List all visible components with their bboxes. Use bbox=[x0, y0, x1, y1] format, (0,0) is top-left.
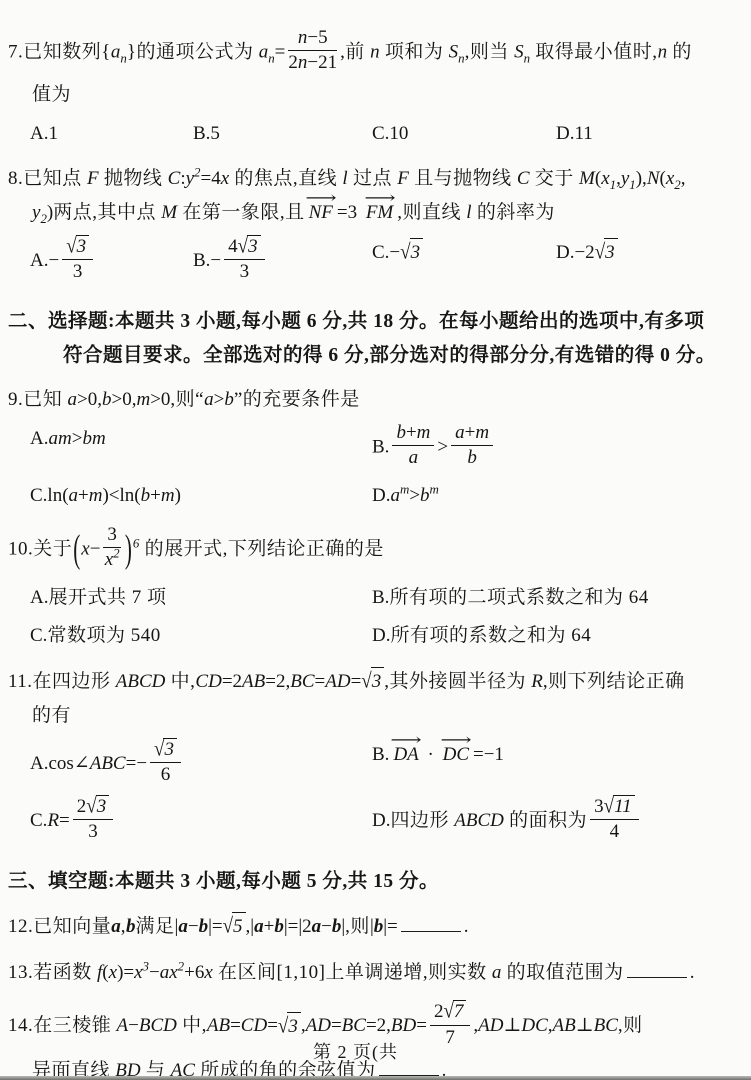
math-variable: CD bbox=[241, 1016, 267, 1037]
math-run: > bbox=[437, 437, 448, 458]
text-line: 二、选择题:本题共 3 小题,每小题 6 分,共 18 分。在每小题给出的选项中… bbox=[8, 304, 725, 338]
radicand: 3 bbox=[76, 235, 90, 257]
text-run: 9.已知 bbox=[8, 389, 68, 410]
options-row: A.am>bmB.b+ma>a+mb bbox=[30, 422, 725, 475]
option-cell: A.展开式共 7 项 bbox=[30, 581, 372, 616]
fraction-denominator: b bbox=[451, 446, 493, 468]
math-run: )= bbox=[117, 962, 134, 983]
math-variable: n bbox=[370, 41, 380, 62]
radicand: 11 bbox=[613, 795, 635, 817]
big-paren: ( bbox=[73, 521, 80, 579]
math-variable: R bbox=[531, 671, 543, 692]
math-run: C. bbox=[30, 810, 47, 831]
radicand: 3 bbox=[247, 235, 261, 257]
math-run: − bbox=[90, 538, 101, 559]
math-variable: F bbox=[87, 168, 99, 189]
text-run: 二、选择题:本题共 3 小题,每小题 6 分,共 18 分。在每小题给出的选项中… bbox=[8, 311, 704, 332]
sqrt-radical: √3 bbox=[154, 738, 177, 760]
text-run: 7.已知数列{ bbox=[8, 41, 111, 62]
math-variable: x bbox=[109, 962, 117, 983]
fraction-numerator: 2√3 bbox=[73, 795, 113, 820]
math-variable: AB bbox=[242, 671, 265, 692]
math-run: =−1 bbox=[473, 744, 504, 765]
options-row: C.R=2√33D.四边形 ABCD 的面积为3√114 bbox=[30, 795, 725, 849]
math-run: = bbox=[315, 671, 326, 692]
math-variable: C bbox=[517, 168, 530, 189]
fraction-denominator: 3 bbox=[224, 260, 264, 282]
math-run: +6 bbox=[184, 962, 204, 983]
fraction-denominator: 6 bbox=[150, 763, 181, 785]
fraction-denominator: 3 bbox=[73, 820, 113, 842]
math-run: 3 bbox=[107, 524, 117, 545]
math-run: + bbox=[264, 916, 275, 937]
math-run: 3 bbox=[73, 261, 83, 282]
page-footer: 第 2 页(共 bbox=[0, 1038, 711, 1064]
radicand: 3 bbox=[163, 738, 177, 760]
math-variable: m bbox=[475, 422, 489, 443]
text-run: 中, bbox=[165, 671, 195, 692]
option-cell: B.b+ma>a+mb bbox=[372, 422, 725, 475]
math-variable: a bbox=[409, 447, 419, 468]
vector-overline: ⟶FM bbox=[365, 199, 394, 228]
vector-overline: ⟶NF bbox=[308, 199, 334, 228]
math-run: >0 bbox=[150, 389, 170, 410]
vector-overline: ⟶DA bbox=[392, 741, 419, 770]
radical-sign-icon: √ bbox=[238, 234, 248, 258]
math-variable: N bbox=[647, 168, 660, 189]
radicand: 7 bbox=[453, 1000, 467, 1022]
math-variable: A bbox=[117, 1016, 129, 1037]
sqrt-radical: √3 bbox=[400, 238, 423, 268]
math-run: ⊥ bbox=[576, 1016, 594, 1037]
options-row: A.cos∠ABC=−√36B.⟶DA · ⟶DC=−1 bbox=[30, 738, 725, 792]
math-run: A.cos∠ bbox=[30, 753, 90, 774]
fill-blank bbox=[627, 958, 687, 978]
text-run: ,则“ bbox=[170, 389, 204, 410]
math-variable: F bbox=[397, 168, 409, 189]
math-run: =2, bbox=[265, 671, 290, 692]
fraction-numerator: n−5 bbox=[288, 27, 337, 51]
sqrt-radical: √3 bbox=[361, 667, 384, 697]
math-variable: AD bbox=[325, 671, 350, 692]
question-7-options: A.1B.5C.10D.11 bbox=[30, 117, 725, 152]
math-run: 4 bbox=[228, 236, 238, 257]
math-run: =4 bbox=[201, 168, 221, 189]
question-12-stem: 12.已知向量a,b满足|a−b|=√5,|a+b|=|2a−b|,则|b|=. bbox=[8, 910, 725, 945]
math-variable: x bbox=[601, 168, 609, 189]
option-cell: C.ln(a+m)<ln(b+m) bbox=[30, 479, 372, 514]
option-cell: B.⟶DA · ⟶DC=−1 bbox=[372, 738, 725, 792]
sqrt-radical: √3 bbox=[278, 1012, 301, 1042]
text-run: ,则当 bbox=[465, 41, 515, 62]
radicand: 3 bbox=[410, 238, 424, 268]
math-variable: ABC bbox=[90, 753, 126, 774]
radical-sign-icon: √ bbox=[223, 912, 233, 944]
text-line: 10.关于(x−3x2)6 的展开式,下列结论正确的是 bbox=[8, 524, 725, 576]
math-variable: AB bbox=[553, 1016, 576, 1037]
radical-sign-icon: √ bbox=[86, 795, 96, 819]
fraction-numerator: √3 bbox=[62, 235, 93, 260]
math-variable: n bbox=[298, 27, 308, 48]
superscript: m bbox=[400, 481, 409, 496]
math-run: =3 bbox=[337, 202, 362, 223]
text-run: ,则 bbox=[618, 1016, 643, 1037]
math-run: −21 bbox=[307, 52, 337, 73]
radical-sign-icon: √ bbox=[443, 1000, 453, 1024]
text-run: ,则下列结论正确 bbox=[543, 671, 685, 692]
text-line: 13.若函数 f(x)=x3−ax2+6x 在区间[1,10]上单调递增,则实数… bbox=[8, 955, 725, 990]
math-run: B. bbox=[372, 587, 389, 608]
text-run: 交于 bbox=[530, 168, 580, 189]
math-run: 2 bbox=[77, 796, 87, 817]
math-fraction: √36 bbox=[150, 738, 181, 786]
vector-symbol: b bbox=[126, 916, 136, 937]
question-8-stem: 8.已知点 F 抛物线 C:y2=4x 的焦点,直线 l 过点 F 且与抛物线 … bbox=[8, 163, 725, 230]
question-11-stem: 11.在四边形 ABCD 中,CD=2AB=2,BC=AD=√3,其外接圆半径为… bbox=[8, 665, 725, 733]
fraction-denominator: a bbox=[392, 446, 434, 468]
text-run: 展开式共 7 项 bbox=[48, 587, 166, 608]
math-run: 3 bbox=[240, 261, 250, 282]
text-line: 的有 bbox=[32, 699, 725, 733]
options-row: A.1B.5C.10D.11 bbox=[30, 117, 725, 152]
math-run: 4 bbox=[610, 821, 620, 842]
math-run: ⊥ bbox=[503, 1016, 521, 1037]
fraction-denominator: 2n−21 bbox=[288, 51, 337, 73]
math-variable: bm bbox=[82, 428, 105, 449]
question-13-stem: 13.若函数 f(x)=x3−ax2+6x 在区间[1,10]上单调递增,则实数… bbox=[8, 955, 725, 990]
text-run: 的焦点,直线 bbox=[229, 168, 342, 189]
math-run: |=|2 bbox=[284, 916, 312, 937]
math-variable: DC bbox=[521, 1016, 547, 1037]
sqrt-radical: √11 bbox=[604, 795, 635, 817]
math-fraction: a+mb bbox=[451, 422, 493, 469]
sqrt-radical: √3 bbox=[86, 795, 109, 817]
math-run: = bbox=[267, 1016, 278, 1037]
superscript: 2 bbox=[113, 546, 119, 561]
math-run: >0, bbox=[77, 389, 102, 410]
text-line: y2)两点,其中点 M 在第一象限,且⟶NF=3 ⟶FM,则直线 l 的斜率为 bbox=[32, 196, 725, 230]
math-variable: a bbox=[390, 485, 400, 506]
fraction-numerator: 3 bbox=[103, 524, 121, 548]
math-run: − bbox=[188, 916, 199, 937]
math-run: = bbox=[351, 671, 362, 692]
radicand: 3 bbox=[287, 1012, 301, 1042]
math-variable: b bbox=[467, 447, 477, 468]
math-variable: BC bbox=[342, 1016, 366, 1037]
math-run: · bbox=[423, 744, 439, 765]
superscript: m bbox=[430, 481, 439, 496]
vector-symbol: a bbox=[312, 916, 322, 937]
sqrt-radical: √3 bbox=[66, 235, 89, 257]
text-line: 符合题目要求。全部选对的得 6 分,部分选对的得部分分,有选错的得 0 分。 bbox=[63, 338, 725, 372]
math-run: |= bbox=[383, 916, 398, 937]
text-run: 在区间[1,10]上单调递增,则实数 bbox=[213, 962, 492, 983]
radical-sign-icon: √ bbox=[66, 234, 76, 258]
math-fraction: 3√114 bbox=[590, 795, 639, 843]
text-run: 所有项的二项式系数之和为 64 bbox=[389, 587, 648, 608]
math-variable: BC bbox=[290, 671, 314, 692]
math-variable: m bbox=[136, 389, 150, 410]
text-run: 的斜率为 bbox=[472, 202, 555, 223]
math-run: ) bbox=[175, 485, 181, 506]
math-variable: AB bbox=[207, 1016, 230, 1037]
text-run: 两点,其中点 bbox=[53, 202, 161, 223]
math-run: C. bbox=[30, 625, 47, 646]
radical-sign-icon: √ bbox=[400, 237, 410, 269]
text-line: 7.已知数列{an}的通项公式为 an=n−52n−21,前 n 项和为 Sn,… bbox=[8, 27, 725, 79]
text-run: 且与抛物线 bbox=[409, 168, 517, 189]
math-variable: m bbox=[161, 485, 175, 506]
option-cell: B.所有项的二项式系数之和为 64 bbox=[372, 581, 725, 616]
text-run: ,则直线 bbox=[397, 202, 466, 223]
sqrt-radical: √5 bbox=[223, 912, 246, 942]
math-variable: S bbox=[514, 41, 524, 62]
exam-content: 7.已知数列{an}的通项公式为 an=n−52n−21,前 n 项和为 Sn,… bbox=[8, 27, 725, 1080]
question-10-options: A.展开式共 7 项B.所有项的二项式系数之和为 64C.常数项为 540D.所… bbox=[30, 581, 725, 654]
math-fraction: 3x2 bbox=[103, 524, 121, 571]
math-variable: am bbox=[48, 428, 71, 449]
math-variable: a bbox=[111, 41, 121, 62]
question-9-options: A.am>bmB.b+ma>a+mbC.ln(a+m)<ln(b+m)D.am>… bbox=[30, 422, 725, 513]
option-cell: C.常数项为 540 bbox=[30, 619, 372, 654]
question-11-options: A.cos∠ABC=−√36B.⟶DA · ⟶DC=−1C.R=2√33D.四边… bbox=[30, 738, 725, 849]
text-line: 三、填空题:本题共 3 小题,每小题 5 分,共 15 分。 bbox=[8, 865, 725, 899]
radicand: 3 bbox=[371, 667, 385, 697]
math-variable: b bbox=[141, 485, 151, 506]
math-run: C.ln( bbox=[30, 485, 69, 506]
math-run: − bbox=[149, 962, 160, 983]
math-fraction: √33 bbox=[62, 235, 93, 283]
vector-symbol: b bbox=[199, 916, 209, 937]
text-run: ,前 bbox=[340, 41, 370, 62]
text-run: 的取值范围为 bbox=[501, 962, 623, 983]
text-run: 中, bbox=[177, 1016, 207, 1037]
radical-sign-icon: √ bbox=[604, 795, 614, 819]
math-run: D. bbox=[372, 485, 390, 506]
math-run: D.−2 bbox=[556, 242, 595, 263]
math-variable: ABCD bbox=[454, 810, 504, 831]
math-variable: b bbox=[396, 422, 406, 443]
text-run: 过点 bbox=[348, 168, 398, 189]
math-run: = bbox=[59, 810, 70, 831]
math-run: ), bbox=[636, 168, 647, 189]
fraction-numerator: 3√11 bbox=[590, 795, 639, 820]
math-run: = bbox=[230, 1016, 241, 1037]
math-run: B. bbox=[372, 437, 389, 458]
math-run: 3 bbox=[594, 796, 604, 817]
math-run: > bbox=[214, 389, 225, 410]
math-variable: m bbox=[89, 485, 103, 506]
math-variable: R bbox=[47, 810, 59, 831]
math-variable: a bbox=[68, 389, 78, 410]
vector-arrow-icon: ⟶ bbox=[305, 187, 336, 211]
text-run: 所有项的系数之和为 64 bbox=[390, 625, 591, 646]
fraction-numerator: 2√7 bbox=[430, 1000, 470, 1025]
math-variable: ax bbox=[160, 962, 178, 983]
text-line: 12.已知向量a,b满足|a−b|=√5,|a+b|=|2a−b|,则|b|=. bbox=[8, 910, 725, 945]
section-3-header: 三、填空题:本题共 3 小题,每小题 5 分,共 15 分。 bbox=[8, 865, 725, 899]
math-variable: M bbox=[579, 168, 595, 189]
option-cell: D.−2√3 bbox=[556, 235, 725, 289]
math-run: = bbox=[331, 1016, 342, 1037]
math-variable: x bbox=[204, 962, 212, 983]
math-run: )<ln( bbox=[102, 485, 140, 506]
fraction-numerator: √3 bbox=[150, 738, 181, 763]
math-variable: AD bbox=[478, 1016, 503, 1037]
option-cell: A.−√33 bbox=[30, 235, 193, 289]
math-variable: x bbox=[221, 168, 229, 189]
math-variable: x bbox=[666, 168, 674, 189]
math-variable: M bbox=[161, 202, 177, 223]
math-run: C.− bbox=[372, 242, 400, 263]
math-run: D.11 bbox=[556, 123, 593, 144]
math-run: A. bbox=[30, 428, 48, 449]
math-run: |= bbox=[208, 916, 223, 937]
math-run: A.1 bbox=[30, 123, 58, 144]
math-variable: a bbox=[204, 389, 214, 410]
option-cell: D.所有项的系数之和为 64 bbox=[372, 619, 725, 654]
question-8-options: A.−√33B.−4√33C.−√3D.−2√3 bbox=[30, 235, 725, 289]
math-variable: a bbox=[259, 41, 269, 62]
math-run: D. bbox=[372, 810, 390, 831]
vector-symbol: a bbox=[254, 916, 264, 937]
math-variable: BCD bbox=[139, 1016, 177, 1037]
vector-symbol: a bbox=[178, 916, 188, 937]
math-run: =2 bbox=[222, 671, 242, 692]
math-run: >0, bbox=[111, 389, 136, 410]
text-run: 符合题目要求。全部选对的得 6 分,部分选对的得部分分,有选错的得 0 分。 bbox=[63, 345, 716, 366]
radical-sign-icon: √ bbox=[595, 237, 605, 269]
math-variable: a bbox=[492, 962, 502, 983]
vector-symbol: b bbox=[374, 916, 384, 937]
text-run: 12.已知向量 bbox=[8, 916, 111, 937]
radicand: 3 bbox=[604, 238, 618, 268]
math-run: + bbox=[406, 422, 417, 443]
question-10-stem: 10.关于(x−3x2)6 的展开式,下列结论正确的是 bbox=[8, 524, 725, 576]
text-run: 四边形 bbox=[390, 810, 454, 831]
math-run: . bbox=[690, 962, 695, 983]
math-run: + bbox=[465, 422, 476, 443]
option-cell: B.5 bbox=[193, 117, 372, 152]
math-variable: b bbox=[420, 485, 430, 506]
option-cell: A.cos∠ABC=−√36 bbox=[30, 738, 372, 792]
section-2-header: 二、选择题:本题共 3 小题,每小题 6 分,共 18 分。在每小题给出的选项中… bbox=[8, 304, 725, 373]
text-run: 抛物线 bbox=[99, 168, 168, 189]
text-run: ”的充要条件是 bbox=[234, 389, 360, 410]
math-run: − bbox=[321, 916, 332, 937]
text-run: 项和为 bbox=[380, 41, 449, 62]
option-cell: D.11 bbox=[556, 117, 725, 152]
math-variable: n bbox=[298, 52, 308, 73]
question-9-stem: 9.已知 a>0,b>0,m>0,则“a>b”的充要条件是 bbox=[8, 384, 725, 418]
math-variable: C bbox=[168, 168, 181, 189]
text-run: 的展开式,下列结论正确的是 bbox=[139, 538, 384, 559]
math-variable: m bbox=[417, 422, 431, 443]
math-variable: a bbox=[69, 485, 79, 506]
math-run: 2 bbox=[434, 1001, 444, 1022]
vector-symbol: b bbox=[274, 916, 284, 937]
question-7-stem: 7.已知数列{an}的通项公式为 an=n−52n−21,前 n 项和为 Sn,… bbox=[8, 27, 725, 112]
math-run: − bbox=[128, 1016, 139, 1037]
text-run: 在第一象限,且 bbox=[177, 202, 305, 223]
math-run: D. bbox=[372, 625, 390, 646]
text-run: 13.若函数 bbox=[8, 962, 97, 983]
math-run: 2 bbox=[288, 52, 298, 73]
text-run: 的有 bbox=[32, 705, 71, 726]
math-run: . bbox=[464, 916, 469, 937]
math-run: −5 bbox=[307, 27, 327, 48]
math-variable: x bbox=[81, 538, 89, 559]
options-row: A.展开式共 7 项B.所有项的二项式系数之和为 64 bbox=[30, 581, 725, 616]
text-run: 的面积为 bbox=[504, 810, 587, 831]
fraction-denominator: x2 bbox=[103, 548, 121, 570]
fraction-denominator: 3 bbox=[62, 260, 93, 282]
text-run: 8.已知点 bbox=[8, 168, 87, 189]
math-run: 6 bbox=[161, 764, 171, 785]
math-variable: x bbox=[105, 549, 113, 570]
text-line: 11.在四边形 ABCD 中,CD=2AB=2,BC=AD=√3,其外接圆半径为… bbox=[8, 665, 725, 700]
option-cell: A.1 bbox=[30, 117, 193, 152]
math-variable: S bbox=[449, 41, 459, 62]
sqrt-radical: √3 bbox=[238, 235, 261, 257]
math-run: B.− bbox=[193, 250, 221, 271]
math-run: + bbox=[78, 485, 89, 506]
math-fraction: 2√33 bbox=[73, 795, 113, 843]
math-run: A.− bbox=[30, 250, 59, 271]
sqrt-radical: √3 bbox=[595, 238, 618, 268]
math-variable: b bbox=[224, 389, 234, 410]
option-cell: D.四边形 ABCD 的面积为3√114 bbox=[372, 795, 725, 849]
option-cell: A.am>bm bbox=[30, 422, 372, 475]
text-run: }的通项公式为 bbox=[127, 41, 259, 62]
option-cell: C.10 bbox=[372, 117, 556, 152]
math-run: C.10 bbox=[372, 123, 408, 144]
exam-page: 7.已知数列{an}的通项公式为 an=n−52n−21,前 n 项和为 Sn,… bbox=[0, 0, 751, 1080]
math-run: + bbox=[150, 485, 161, 506]
scan-edge-artifact bbox=[0, 1076, 751, 1080]
math-run: = bbox=[275, 41, 286, 62]
text-run: 11.在四边形 bbox=[8, 671, 116, 692]
options-row: C.ln(a+m)<ln(b+m)D.am>bm bbox=[30, 479, 725, 514]
math-variable: ABCD bbox=[116, 671, 166, 692]
radical-sign-icon: √ bbox=[361, 666, 371, 698]
fraction-numerator: 4√3 bbox=[224, 235, 264, 260]
math-run: A. bbox=[30, 587, 48, 608]
math-run: B. bbox=[372, 744, 389, 765]
math-variable: BD bbox=[391, 1016, 416, 1037]
text-run: 三、填空题:本题共 3 小题,每小题 5 分,共 15 分。 bbox=[8, 871, 439, 892]
text-line: 值为 bbox=[32, 79, 725, 113]
radicand: 5 bbox=[232, 912, 246, 942]
math-fraction: 4√33 bbox=[224, 235, 264, 283]
math-run: > bbox=[72, 428, 83, 449]
math-fraction: n−52n−21 bbox=[288, 27, 337, 74]
text-run: 值为 bbox=[32, 84, 71, 105]
math-variable: n bbox=[658, 41, 668, 62]
vector-arrow-icon: ⟶ bbox=[440, 729, 471, 753]
math-variable: a bbox=[455, 422, 465, 443]
fill-blank bbox=[401, 912, 461, 932]
math-variable: AD bbox=[306, 1016, 331, 1037]
vector-overline: ⟶DC bbox=[442, 741, 470, 770]
sqrt-radical: √7 bbox=[443, 1000, 466, 1022]
radical-sign-icon: √ bbox=[154, 737, 164, 761]
math-variable: BC bbox=[594, 1016, 618, 1037]
text-run: 满足 bbox=[136, 916, 175, 937]
radicand: 3 bbox=[96, 795, 110, 817]
math-variable: x bbox=[134, 962, 142, 983]
vector-arrow-icon: ⟶ bbox=[364, 187, 395, 211]
